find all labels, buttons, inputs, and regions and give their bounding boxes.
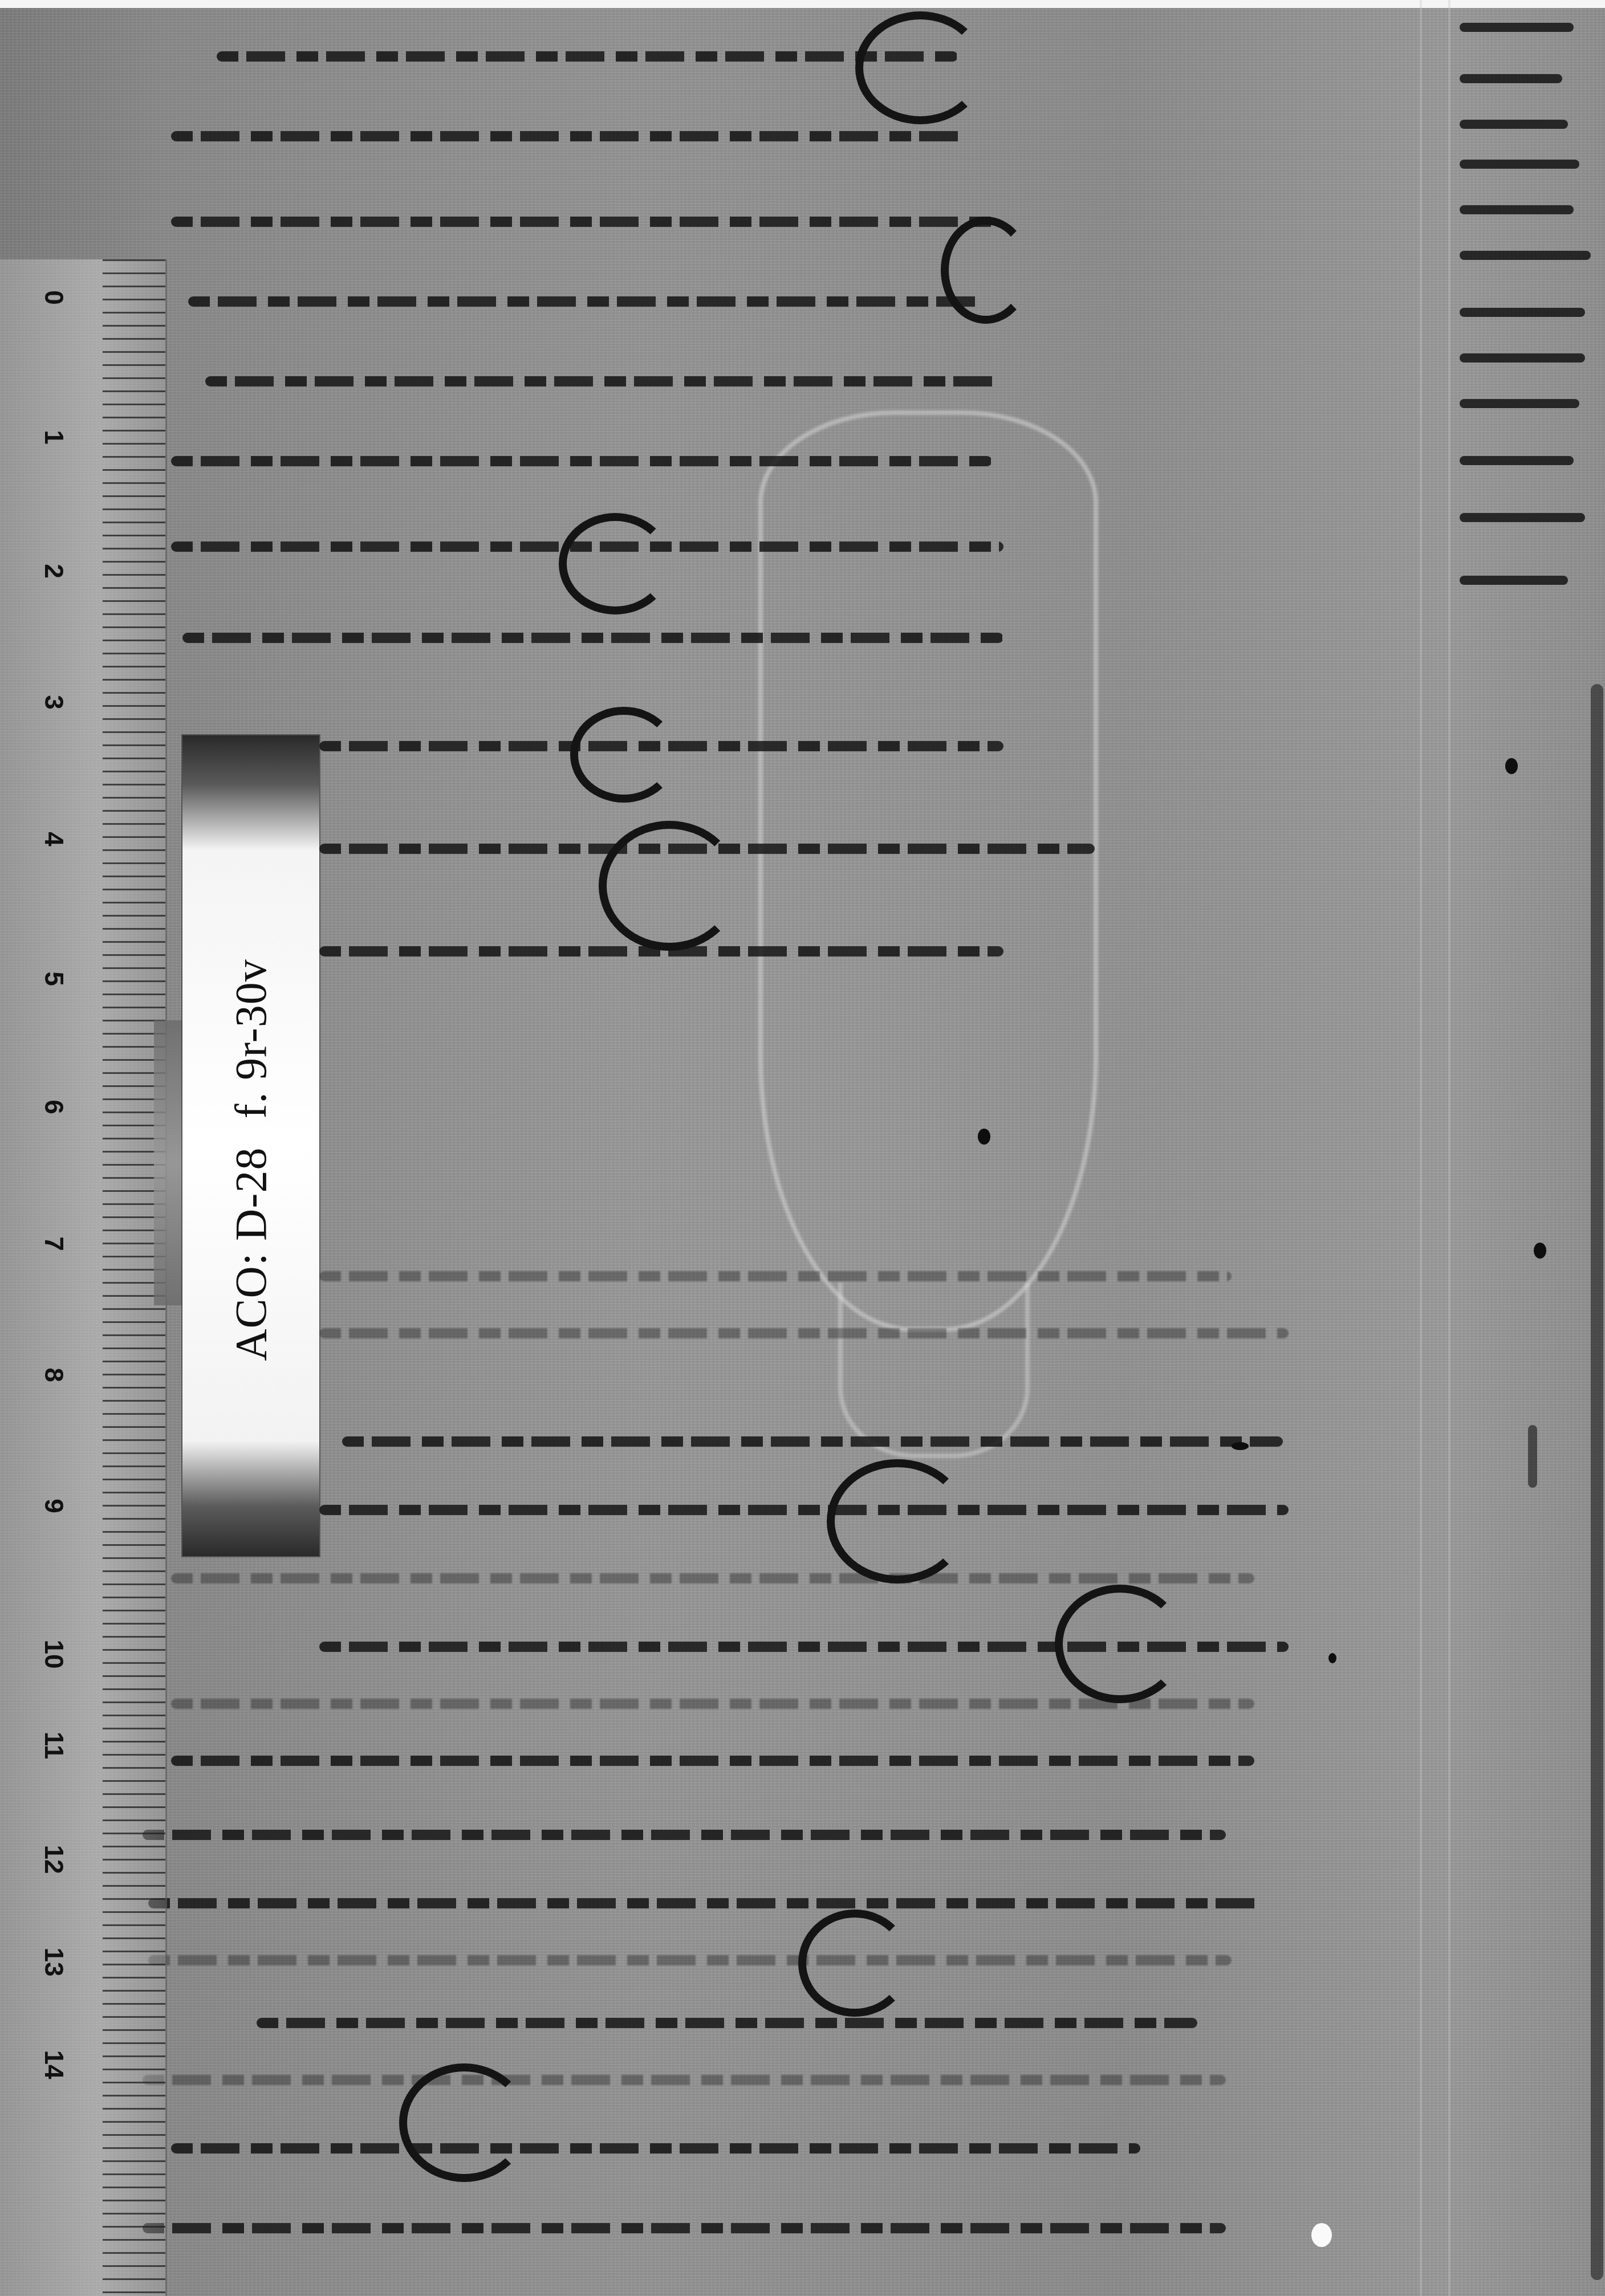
handwriting-line xyxy=(217,51,958,62)
ruler-number: 4 xyxy=(39,808,70,870)
handwriting-line xyxy=(188,296,986,307)
handwriting-flourish xyxy=(827,1459,968,1583)
ink-spot xyxy=(1232,1442,1249,1450)
ruler-number: 11 xyxy=(39,1714,70,1777)
handwriting-line xyxy=(171,2143,1140,2153)
watermark-vessel-base xyxy=(838,1283,1030,1458)
manuscript-page: 0 1 2 3 4 5 6 7 8 9 10 11 12 13 14 ACO: … xyxy=(0,0,1605,2296)
ink-spot xyxy=(1505,758,1518,774)
ruler-number: 6 xyxy=(39,1076,70,1138)
margin-fragment xyxy=(1460,353,1585,363)
handwriting-flourish xyxy=(1055,1585,1185,1703)
ruler-number: 5 xyxy=(39,947,70,1010)
margin-fragment xyxy=(1460,23,1574,32)
ruler-number: 10 xyxy=(39,1623,70,1686)
archive-label-text: ACO: D-28f. 9r-30v xyxy=(225,930,277,1361)
handwriting-line xyxy=(171,1756,1254,1766)
margin-fragment xyxy=(1460,251,1591,260)
ink-spot xyxy=(1328,1653,1336,1663)
margin-rule-line xyxy=(1420,0,1422,2296)
bleed-through-line xyxy=(143,2075,1226,2085)
margin-stroke xyxy=(1528,1425,1537,1488)
ruler-number: 1 xyxy=(39,406,70,469)
ink-spot xyxy=(1534,1243,1546,1259)
ruler-number: 3 xyxy=(39,671,70,734)
handwriting-line xyxy=(342,1436,1283,1447)
ruler-number: 12 xyxy=(39,1828,70,1891)
handwriting-line xyxy=(143,1830,1226,1840)
bleed-through-line xyxy=(319,1271,1232,1281)
handwriting-line xyxy=(148,1898,1260,1908)
margin-edge-writing xyxy=(1591,684,1603,2280)
handwriting-flourish xyxy=(599,821,740,951)
folio-range: f. 9r-30v xyxy=(226,959,275,1118)
ruler-number: 8 xyxy=(39,1344,70,1406)
ruler-number: 0 xyxy=(39,266,70,329)
margin-fragment xyxy=(1460,74,1562,83)
handwriting-flourish xyxy=(570,707,677,803)
margin-rule-line xyxy=(1448,0,1450,2296)
handwriting-line xyxy=(171,217,998,227)
measuring-ruler xyxy=(0,259,167,2296)
handwriting-line xyxy=(205,376,1003,386)
margin-fragment xyxy=(1460,308,1585,317)
handwriting-flourish xyxy=(559,513,672,614)
ruler-number: 13 xyxy=(39,1931,70,1993)
handwriting-flourish xyxy=(855,11,985,124)
ink-spot xyxy=(978,1129,990,1145)
margin-fragment xyxy=(1460,160,1579,169)
handwriting-line xyxy=(319,1505,1289,1515)
bleed-through-line xyxy=(171,1699,1254,1709)
handwriting-flourish xyxy=(941,217,1031,324)
paper-speck xyxy=(1311,2223,1332,2247)
ruler-number: 2 xyxy=(39,540,70,603)
top-edge xyxy=(0,0,1605,8)
handwriting-flourish xyxy=(798,1910,911,2017)
margin-fragment xyxy=(1460,205,1574,214)
handwriting-line xyxy=(143,2223,1226,2233)
ruler-number: 9 xyxy=(39,1475,70,1537)
handwriting-flourish xyxy=(399,2063,529,2182)
margin-fragment xyxy=(1460,456,1574,465)
archive-label-card: ACO: D-28f. 9r-30v xyxy=(182,735,319,1556)
bleed-through-line xyxy=(319,1328,1289,1338)
handwriting-line xyxy=(257,2018,1197,2028)
bleed-through-line xyxy=(148,1955,1232,1965)
bleed-through-line xyxy=(171,1573,1254,1583)
ruler-number: 14 xyxy=(39,2033,70,2096)
ruler-number: 7 xyxy=(39,1212,70,1275)
handwriting-line xyxy=(171,456,992,466)
margin-fragment xyxy=(1460,399,1579,408)
archive-reference: ACO: D-28 xyxy=(226,1147,275,1361)
margin-fragment xyxy=(1460,513,1585,522)
margin-fragment xyxy=(1460,576,1568,585)
handwriting-line xyxy=(182,633,1003,643)
handwriting-line xyxy=(171,131,969,141)
margin-fragment xyxy=(1460,120,1568,129)
